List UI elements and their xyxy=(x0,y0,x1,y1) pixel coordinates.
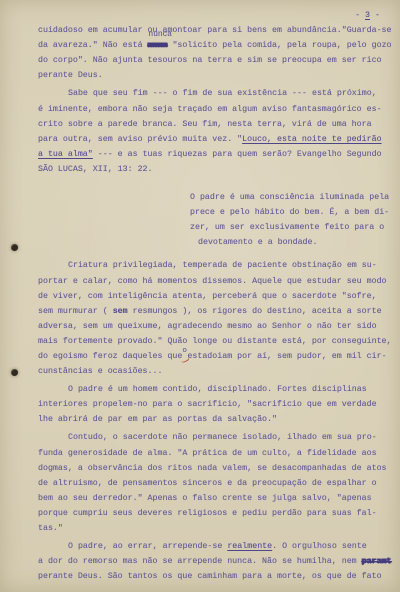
paragraph: cuidadoso em acumular ou amontoar para s… xyxy=(38,23,396,83)
document-line: portar e calar, como há momentos dissemo… xyxy=(38,274,396,289)
scanned-document-page: - 3 -cuidadoso em acumular ou amontoar p… xyxy=(0,0,400,592)
document-line: O padre é um homem contido, disciplinado… xyxy=(38,382,396,397)
document-line: bem ao seu derredor." Apenas o falso cre… xyxy=(38,491,396,506)
document-line: para outra, sem aviso prévio muita vez. … xyxy=(38,132,396,147)
document-line: sem murmurar ( sem resmungos ), os rigor… xyxy=(38,304,396,319)
document-line: a tua alma" --- e as tuas riquezas para … xyxy=(38,147,396,162)
punch-hole xyxy=(11,369,18,376)
paragraph: O padre é um homem contido, disciplinado… xyxy=(38,382,396,427)
document-line: do corpo". Não ajunta tesouros na terra … xyxy=(38,53,396,68)
document-line: tas." xyxy=(38,521,396,536)
bold-word: sem xyxy=(113,307,128,316)
document-line: cuidadoso em acumular ou amontoar para s… xyxy=(38,23,396,38)
document-line: do egoismo feroz daqueles queoestadoiam … xyxy=(38,349,396,364)
document-text: - 3 -cuidadoso em acumular ou amontoar p… xyxy=(38,8,396,584)
document-line: devotamento e a bondade. xyxy=(190,235,396,250)
document-line: da avareza." Não está nuncammmm "solicit… xyxy=(38,38,396,53)
struck-word: paramt xyxy=(362,557,392,566)
document-line: O padre é uma consciência iluminada pela xyxy=(190,190,396,205)
document-line: interiores propelem-no para o sacrificio… xyxy=(38,397,396,412)
document-line: lhe abrirá de par em par as portas da sa… xyxy=(38,412,396,427)
document-line: funda generosidade de alma. "A prática d… xyxy=(38,446,396,461)
document-line: de altruismo, de pensamentos sinceros e … xyxy=(38,476,396,491)
document-line: mais fortemente provado." Quão longe ou … xyxy=(38,334,396,349)
document-line: porque cumpriu seus deveres religiosos e… xyxy=(38,506,396,521)
document-line: - 3 - xyxy=(38,8,396,23)
document-line: Criatura privilegiada, temperada de paci… xyxy=(38,258,396,273)
document-line: adversa, sem um queixume, agradecendo me… xyxy=(38,319,396,334)
block-quote: O padre é uma consciência iluminada pela… xyxy=(190,190,396,250)
document-line: Sabe que seu fim --- o fim de sua existê… xyxy=(38,86,396,101)
paragraph: Criatura privilegiada, temperada de paci… xyxy=(38,258,396,379)
document-line: perante Deus. xyxy=(38,68,396,83)
punch-hole xyxy=(11,244,18,251)
paragraph: Sabe que seu fim --- o fim de sua existê… xyxy=(38,86,396,177)
document-line: prece e pelo hábito do bem. É, a bem di- xyxy=(190,205,396,220)
page-number: - 3 - xyxy=(38,8,396,23)
handwritten-correction: o xyxy=(182,357,187,358)
document-line: é iminente, embora não seja traçado em a… xyxy=(38,102,396,117)
document-line: de viver, com inteligência atenta, perce… xyxy=(38,289,396,304)
document-line: zer, um ser exclusivamente feito para o xyxy=(190,220,396,235)
underlined-phrase: a tua alma" xyxy=(38,150,93,159)
document-line: O padre, ao errar, arrepende-se realment… xyxy=(38,539,396,554)
document-line: a dor do remorso mas não se arrepende nu… xyxy=(38,554,396,569)
document-line: Contudo, o sacerdote não permanece isola… xyxy=(38,430,396,445)
document-line: SÃO LUCAS, XII, 13: 22. xyxy=(38,162,396,177)
document-line: crito sobre a parede branca. Seu fim, ne… xyxy=(38,117,396,132)
document-line: dogmas, a observância dos ritos nada val… xyxy=(38,461,396,476)
underlined-phrase: Louco, esta noite te pedirão xyxy=(242,135,381,144)
underlined-phrase: realmente xyxy=(227,542,272,551)
document-line: perante Deus. São tantos os que caminham… xyxy=(38,569,396,584)
paragraph: Contudo, o sacerdote não permanece isola… xyxy=(38,430,396,536)
paragraph: O padre, ao errar, arrepende-se realment… xyxy=(38,539,396,584)
document-line: cunstâncias e ocasiões... xyxy=(38,364,396,379)
